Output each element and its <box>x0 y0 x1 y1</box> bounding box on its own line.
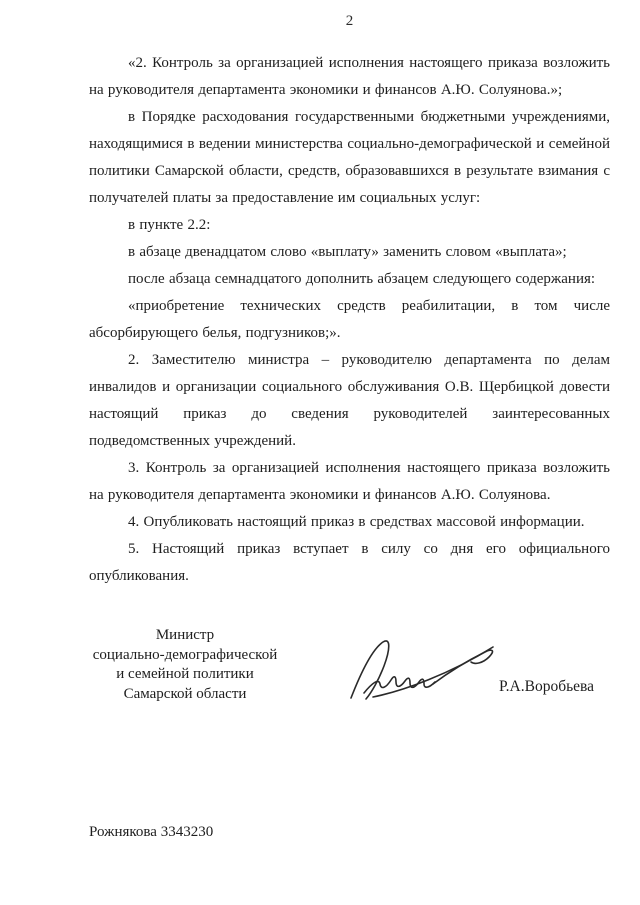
paragraph-word-replacement: в абзаце двенадцатом слово «выплату» зам… <box>89 239 610 266</box>
signer-name: Р.А.Воробьева <box>499 678 594 696</box>
footer-executor: Рожнякова 3343230 <box>89 824 213 841</box>
paragraph-amendment-control: «2. Контроль за организацией исполнения … <box>89 50 610 104</box>
signer-title-line: и семейной политики <box>85 665 285 685</box>
paragraph-item-3: 3. Контроль за организацией исполнения н… <box>89 455 610 509</box>
document-body: «2. Контроль за организацией исполнения … <box>89 50 610 590</box>
signer-title-line: социально-демографической <box>85 646 285 666</box>
page-number: 2 <box>89 13 610 30</box>
paragraph-item-5: 5. Настоящий приказ вступает в силу со д… <box>89 536 610 590</box>
paragraph-item-2: 2. Заместителю министра – руководителю д… <box>89 347 610 455</box>
signer-title-line: Самарской области <box>85 685 285 705</box>
signer-title-line: Министр <box>85 626 285 646</box>
paragraph-order-of-spending: в Порядке расходования государственными … <box>89 104 610 212</box>
paragraph-rehab-means: «приобретение технических средств реабил… <box>89 293 610 347</box>
paragraph-item-4: 4. Опубликовать настоящий приказ в средс… <box>89 509 610 536</box>
handwritten-signature-icon <box>345 634 500 704</box>
paragraph-point-2-2: в пункте 2.2: <box>89 212 610 239</box>
paragraph-after-abzac-17: после абзаца семнадцатого дополнить абза… <box>89 266 610 293</box>
signer-title: Министр социально-демографической и семе… <box>85 626 285 704</box>
document-page: 2 «2. Контроль за организацией исполнени… <box>0 0 640 905</box>
